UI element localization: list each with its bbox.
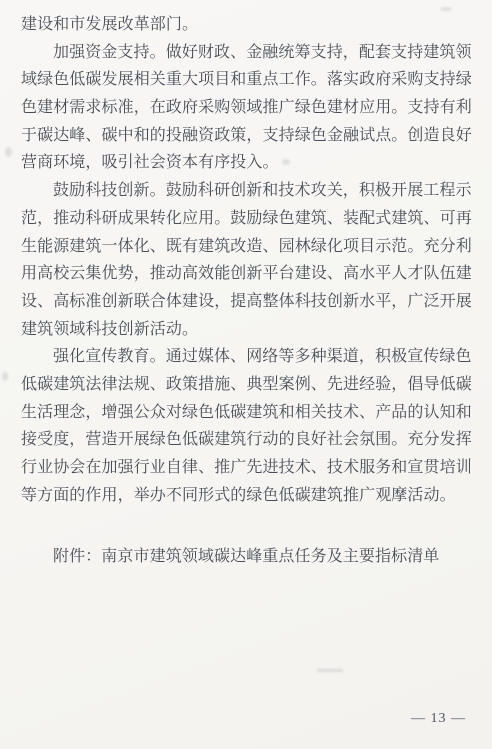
text-line: 接受度，营造开展绿色低碳建筑行动的良好社会氛围。充分发挥 [21, 426, 471, 454]
scan-artifact [2, 372, 8, 381]
text-line: 行业协会在加强行业自律、推广先进技术、技术服务和宣贯培训 [21, 454, 471, 482]
text-line: 范，推动科研成果转化应用。鼓励绿色建筑、装配式建筑、可再 [21, 205, 471, 233]
text-line: 色建材需求标准，在政府采购领域推广绿色建材应用。支持有利 [21, 94, 471, 122]
text-line: 用高校云集优势，推动高效能创新平台建设、高水平人才队伍建 [21, 260, 471, 288]
document-page: 建设和市发展改革部门。 加强资金支持。做好财政、金融统筹支持，配套支持建筑领 域… [0, 0, 492, 749]
text-line: 于碳达峰、碳中和的投融资政策，支持绿色金融试点。创造良好 [21, 122, 471, 150]
text-line: 生能源建筑一体化、既有建筑改造、园林绿化项目示范。充分利 [21, 233, 471, 261]
scan-artifact [440, 7, 452, 11]
text-line: 加强资金支持。做好财政、金融统筹支持，配套支持建筑领 [21, 39, 471, 67]
text-line: 建设和市发展改革部门。 [21, 11, 471, 39]
page-number: — 13 — [411, 711, 466, 727]
scan-artifact [282, 159, 290, 165]
text-line: 鼓励科技创新。鼓励科研创新和技术攻关，积极开展工程示 [21, 177, 471, 205]
scan-artifact [317, 669, 343, 672]
text-line: 生活理念，增强公众对绿色低碳建筑和相关技术、产品的认知和 [21, 399, 471, 427]
text-line: 设、高标准创新联合体建设，提高整体科技创新水平，广泛开展 [21, 288, 471, 316]
text-line: 强化宣传教育。通过媒体、网络等多种渠道，积极宣传绿色 [21, 343, 471, 371]
text-line: 建筑领域科技创新活动。 [21, 316, 471, 344]
text-line: 等方面的作用，举办不同形式的绿色低碳建筑推广观摩活动。 [21, 482, 471, 510]
text-line: 低碳建筑法律法规、政策措施、典型案例、先进经验，倡导低碳 [21, 371, 471, 399]
document-body: 建设和市发展改革部门。 加强资金支持。做好财政、金融统筹支持，配套支持建筑领 域… [21, 11, 471, 571]
text-line: 域绿色低碳发展相关重大项目和重点工作。落实政府采购支持绿 [21, 66, 471, 94]
attachment-line: 附件：南京市建筑领域碳达峰重点任务及主要指标清单 [21, 543, 471, 571]
scan-artifact [5, 147, 12, 157]
text-line: 营商环境，吸引社会资本有序投入。 [21, 149, 471, 177]
